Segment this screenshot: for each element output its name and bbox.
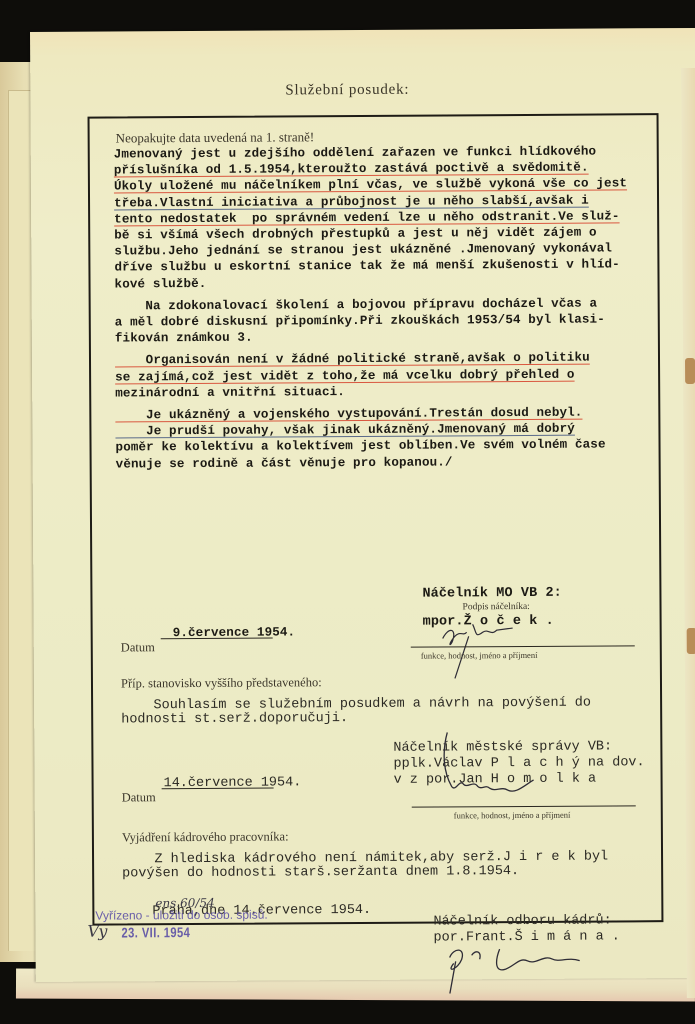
assessment-body-line: Úkoly uložené mu náčelníkem plní včas, v… <box>114 178 627 194</box>
section2-date-label: Datum <box>122 790 156 805</box>
section3-signer-title: Náčelník odboru kádrů: <box>433 913 611 929</box>
section3-text-line-2: povýšen do hodnosti starš.seržanta dnem … <box>122 864 519 881</box>
handwritten-initials: Vy <box>87 922 107 941</box>
assessment-body-line: se zajímá,což jest vidět z toho,že má vc… <box>115 368 575 383</box>
instruction-note: Neopakujte data uvedená na 1. straně! <box>116 129 315 146</box>
assessment-body-line: fikován známkou 3. <box>115 332 253 345</box>
page-right-edge <box>681 68 695 998</box>
section1-date-label: Datum <box>121 640 155 655</box>
section1-signer-title: Náčelník MO VB 2: <box>422 586 562 602</box>
assessment-body-line: Organisován není v žádné politické stran… <box>115 352 590 367</box>
assessment-body-line: bě si všímá všech drobných přestupků a j… <box>114 227 596 243</box>
section2-heading: Příp. stanovisko vyššího představeného: <box>121 675 322 691</box>
section2-date-value: 14.července 1954. <box>164 775 302 791</box>
assessment-body-line: Jmenovaný jest u zdejšího oddělení zařaz… <box>114 146 596 162</box>
filing-stamp-text: Vyřízeno - uložiti do osob. spisů. <box>95 908 267 923</box>
section1-signature-caption: Podpis náčelníka: <box>462 602 529 612</box>
document-title: Služební posudek: <box>285 82 409 100</box>
section2-text-line-1: Souhlasím se služebním posudkem a návrh … <box>121 696 591 714</box>
assessment-body-line: Na zdokonalovací školení a bojovou přípr… <box>115 297 597 313</box>
section3-heading: Vyjádření kádrového pracovníka: <box>122 829 289 845</box>
assessment-body-line: třeba.Vlastní iniciativa a průbojnost je… <box>114 194 589 209</box>
assessment-body-line: Je ukázněný a vojenského vystupování.Tre… <box>115 407 582 422</box>
filing-stamp-date: 23. VII. 1954 <box>121 924 190 940</box>
assessment-body-line: poměr ke kolektívu a kolektívem jest obl… <box>116 439 606 455</box>
assessment-body-line: věnuje se rodině a část věnuje pro kopan… <box>116 456 453 471</box>
binding-tear-bottom <box>687 628 695 654</box>
assessment-body-line: službu.Jeho jednání se stranou jest ukáz… <box>114 243 612 259</box>
assessment-body-line: kové službě. <box>115 278 207 291</box>
assessment-body-line: tento nedostatek po správném vedení lze … <box>114 210 619 226</box>
assessment-body-line: Je prudší povahy, však jinak ukázněný.Jm… <box>115 423 575 438</box>
assessment-body-line: dříve službu u eskortní stanice tak že m… <box>114 259 619 275</box>
binding-tear-top <box>685 358 695 384</box>
section1-signature-line-label: funkce, hodnost, jméno a příjmení <box>421 650 538 661</box>
assessment-body-line: a měl dobré diskusní připomínky.Při zkou… <box>115 313 605 329</box>
assessment-body-line: mezinárodní a vnitřní situaci. <box>115 386 345 400</box>
assessment-body: Jmenovaný jest u zdejšího oddělení zařaz… <box>90 115 657 118</box>
assessment-frame: Neopakujte data uvedená na 1. straně! Jm… <box>88 113 664 925</box>
section2-text-line-2: hodnosti st.serž.doporučuji. <box>121 711 348 727</box>
section2-signature-line-label: funkce, hodnost, jméno a příjmení <box>454 810 571 821</box>
section1-date-value: 9.července 1954. <box>173 625 296 640</box>
section2-signature <box>423 728 573 809</box>
section3-signature <box>436 938 616 999</box>
assessment-body-line: příslušníka od 1.5.1954,kteroužto zastáv… <box>114 162 589 177</box>
document-page: Služební posudek: Neopakujte data uveden… <box>30 28 695 982</box>
